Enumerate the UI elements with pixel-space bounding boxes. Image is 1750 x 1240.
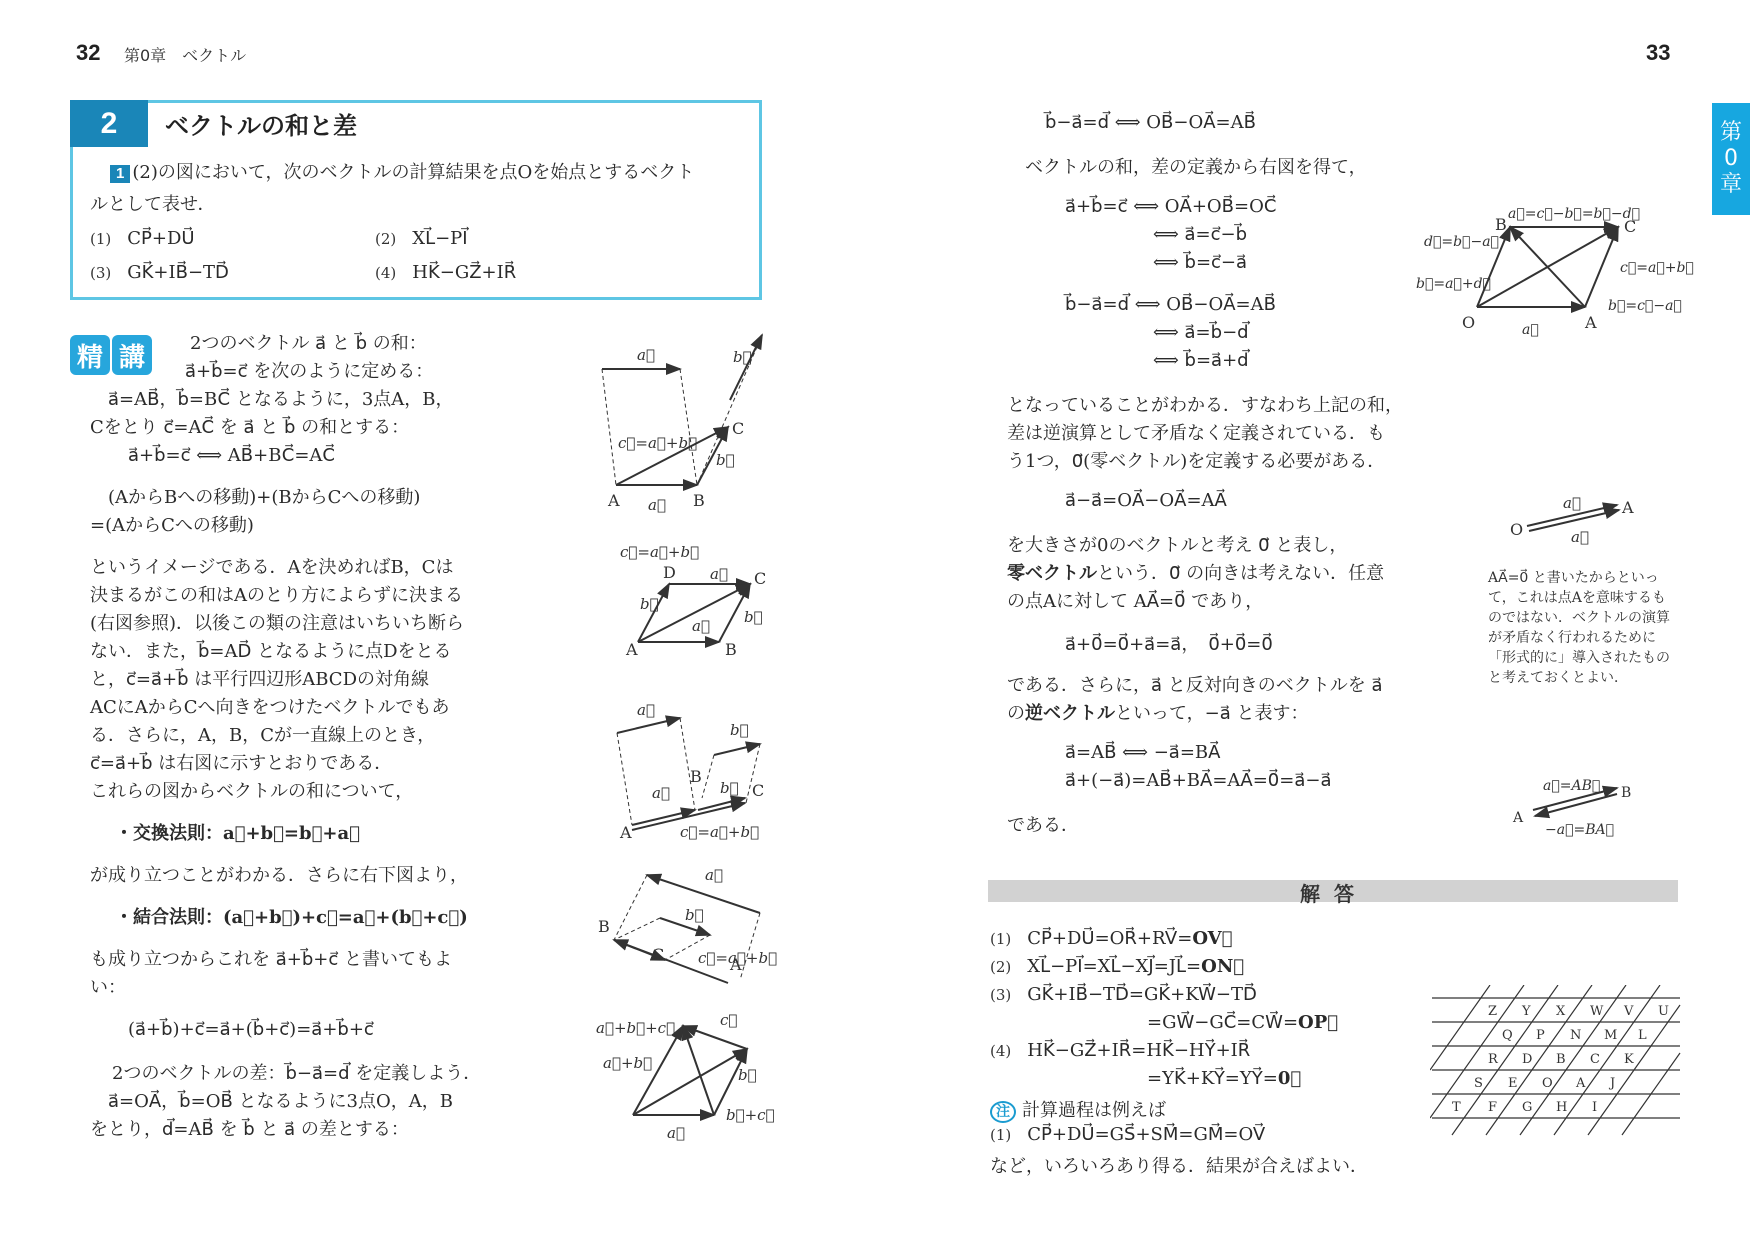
svg-text:c⃗=a⃗+b⃗: c⃗=a⃗+b⃗	[680, 823, 759, 841]
svg-text:K: K	[1624, 1052, 1634, 1067]
svg-text:B: B	[725, 640, 737, 659]
body-line: 零ベクトルという．0⃗ の向きは考えない．任意	[1007, 560, 1384, 588]
svg-text:X: X	[1556, 1004, 1566, 1019]
svg-text:a⃗: a⃗	[667, 1124, 685, 1142]
svg-text:O: O	[1510, 520, 1523, 539]
svg-text:C: C	[732, 419, 744, 438]
answer-line-2: (2)XL⃗−PI⃗=XL⃗−XJ⃗=JL⃗=ON⃗	[990, 956, 1244, 977]
svg-text:D: D	[1522, 1052, 1532, 1067]
note-line-1: 注計算過程は例えば	[990, 1096, 1166, 1123]
svg-text:Y: Y	[1521, 1004, 1531, 1019]
svg-text:c⃗=a⃗+b⃗: c⃗=a⃗+b⃗	[1620, 260, 1694, 276]
inverse-vector-figure: a⃗=AB⃗ B A −a⃗=BA⃗	[1505, 770, 1665, 840]
body-line: というイメージである．Aを決めればB，Cは	[90, 554, 453, 582]
svg-text:A: A	[1575, 1076, 1586, 1091]
body-line: う1つ，0⃗(零ベクトル)を定義する必要がある．	[1007, 448, 1385, 476]
svg-text:b⃗: b⃗	[720, 779, 739, 797]
svg-text:W: W	[1590, 1004, 1604, 1019]
equation: a⃗+b⃗=c⃗ ⟺ AB⃗+BC⃗=AC⃗	[128, 442, 335, 470]
equation: ⟺ b⃗=a⃗+d⃗	[1153, 350, 1249, 371]
svg-text:S: S	[1474, 1076, 1483, 1091]
body-line: c⃗=a⃗+b⃗ は右図に示すとおりである．	[90, 750, 392, 778]
svg-text:C: C	[752, 781, 764, 800]
svg-text:a⃗: a⃗	[637, 701, 655, 719]
seikou-badge: 精 講	[70, 335, 152, 375]
svg-text:J: J	[1608, 1076, 1615, 1091]
svg-text:a⃗: a⃗	[1571, 528, 1589, 546]
svg-text:a⃗: a⃗	[1563, 494, 1581, 512]
body-line: を大きさが0のベクトルと考え 0⃗ と表し，	[1007, 532, 1347, 560]
equation: ⟺ b⃗=c⃗−a⃗	[1153, 252, 1247, 273]
note-line-3: など，いろいろあり得る．結果が合えばよい．	[990, 1152, 1368, 1178]
body-line: が成り立つことがわかる．さらに右下図より，	[90, 862, 468, 890]
svg-text:a⃗: a⃗	[652, 784, 670, 802]
body-line: も成り立つからこれを a⃗+b⃗+c⃗ と書いてもよ	[90, 946, 452, 974]
svg-text:M: M	[1604, 1028, 1617, 1043]
note-icon: 注	[990, 1101, 1016, 1123]
body-line: である．	[1007, 812, 1079, 840]
problem-text-line1: 1(2)の図において，次のベクトルの計算結果を点Oを始点とするベクト	[110, 158, 694, 188]
body-line: a⃗=AB⃗，b⃗=BC⃗ となるように，3点A，B，	[108, 386, 454, 414]
svg-text:b⃗: b⃗	[733, 348, 752, 366]
answer-title: 解答	[1300, 878, 1368, 907]
note-line-2: (1)CP⃗+DU⃗=GS⃗+SM⃗=GM⃗=OV⃗	[990, 1124, 1265, 1145]
svg-text:O: O	[1462, 313, 1475, 332]
equation: b⃗−a⃗=d⃗ ⟺ OB⃗−OA⃗=AB⃗	[1045, 112, 1256, 133]
svg-text:C: C	[754, 569, 766, 588]
svg-text:N: N	[1570, 1028, 1581, 1043]
zero-vector-figure: a⃗ a⃗ A O	[1505, 490, 1665, 550]
term-inverse-vector: 逆ベクトル	[1025, 703, 1115, 724]
svg-text:T: T	[1452, 1100, 1461, 1115]
problem-item-4: (4)HK⃗−GZ⃗+IR⃗	[375, 262, 516, 283]
page-number-left: 32	[76, 40, 100, 66]
side-note: AA⃗=0⃗ と書いたからといっ て，これは点Aを意味するも のではない．ベクト…	[1488, 568, 1670, 688]
svg-text:b⃗: b⃗	[716, 451, 735, 469]
body-line: る．さらに，A，B，Cが一直線上のとき，	[90, 722, 435, 750]
svg-text:A: A	[1584, 313, 1597, 332]
running-head: 第0章 ベクトル	[124, 43, 246, 66]
svg-text:L: L	[1638, 1028, 1647, 1043]
svg-text:A: A	[729, 955, 742, 974]
body-line: の点Aに対して AA⃗=0⃗ であり，	[1007, 588, 1263, 616]
equation: b⃗−a⃗=d⃗ ⟺ OB⃗−OA⃗=AB⃗	[1065, 294, 1276, 315]
body-line: の逆ベクトルといって，−a⃗ と表す：	[1007, 700, 1308, 728]
svg-text:d⃗=b⃗−a⃗: d⃗=b⃗−a⃗	[1424, 234, 1499, 250]
page-number-right: 33	[1646, 40, 1670, 66]
section-number: 2	[70, 100, 148, 147]
svg-text:a⃗: a⃗	[705, 866, 723, 884]
svg-text:a⃗: a⃗	[1522, 322, 1539, 338]
svg-text:C: C	[652, 945, 664, 964]
body-line: となっていることがわかる．すなわち上記の和，	[1007, 392, 1403, 420]
svg-text:I: I	[1592, 1100, 1597, 1115]
problem-item-1: (1)CP⃗+DU⃗	[90, 228, 195, 249]
body-line: 決まるがこの和はAのとり方によらずに決まる	[90, 582, 463, 610]
svg-text:R: R	[1488, 1052, 1499, 1067]
seikou-char-1: 精	[70, 335, 110, 375]
svg-text:D: D	[663, 563, 676, 582]
svg-text:B: B	[690, 767, 702, 786]
equation: a⃗+b⃗=c⃗ ⟺ OA⃗+OB⃗=OC⃗	[1065, 196, 1276, 217]
term-zero-vector: 零ベクトル	[1007, 563, 1097, 584]
svg-text:a⃗: a⃗	[648, 496, 666, 514]
svg-text:B: B	[1495, 215, 1507, 234]
answer-line-3b: =GW⃗−GC⃗=CW⃗=OP⃗	[1147, 1012, 1338, 1033]
svg-text:P: P	[1536, 1028, 1545, 1043]
svg-text:Q: Q	[1502, 1028, 1513, 1043]
svg-text:b⃗=a⃗+d⃗: b⃗=a⃗+d⃗	[1416, 276, 1491, 292]
svg-text:b⃗=c⃗−a⃗: b⃗=c⃗−a⃗	[1608, 298, 1682, 314]
svg-text:c⃗=a⃗+b⃗: c⃗=a⃗+b⃗	[620, 543, 699, 561]
svg-text:b⃗: b⃗	[738, 1066, 757, 1084]
seikou-char-2: 講	[112, 335, 152, 375]
svg-text:C: C	[1624, 217, 1636, 236]
vector-sum-figures: a⃗ b⃗ c⃗=a⃗+b⃗ b⃗ a⃗ c⃗=a⃗+b⃗ a⃗ b⃗ b⃗ a…	[580, 320, 780, 1150]
svg-text:−a⃗=BA⃗: −a⃗=BA⃗	[1545, 822, 1614, 838]
body-line: 差は逆演算として矛盾なく定義されている．も	[1007, 420, 1385, 448]
equation: a⃗+0⃗=0⃗+a⃗=a⃗， 0⃗+0⃗=0⃗	[1065, 630, 1273, 656]
equation: (a⃗+b⃗)+c⃗=a⃗+(b⃗+c⃗)=a⃗+b⃗+c⃗	[128, 1016, 374, 1044]
svg-text:Z: Z	[1488, 1004, 1497, 1019]
svg-text:b⃗: b⃗	[685, 906, 704, 924]
svg-text:B: B	[1621, 785, 1631, 801]
svg-text:a⃗+b⃗+c⃗: a⃗+b⃗+c⃗	[596, 1019, 675, 1037]
svg-text:c⃗: c⃗	[720, 1011, 737, 1029]
svg-text:V: V	[1623, 1004, 1634, 1019]
svg-text:a⃗=AB⃗: a⃗=AB⃗	[1543, 778, 1600, 794]
problem-item-3: (3)GK⃗+IB⃗−TD⃗	[90, 262, 229, 283]
law-commutative: ・交換法則：a⃗+b⃗=b⃗+a⃗	[115, 820, 360, 848]
equation: a⃗=AB⃗ ⟺ −a⃗=BA⃗	[1065, 742, 1220, 763]
answer-line-4: (4)HK⃗−GZ⃗+IR⃗=HK⃗−HY⃗+IR⃗	[990, 1040, 1250, 1061]
grid-letters: ZYXWVU QPNML RDBCK SEOAJ TFGHI	[1452, 1004, 1669, 1115]
svg-text:a⃗=c⃗−b⃗=b⃗−d⃗: a⃗=c⃗−b⃗=b⃗−d⃗	[1508, 206, 1640, 222]
svg-text:A: A	[1512, 810, 1524, 826]
body-line: ACにAからCへ向きをつけたベクトルでもあ	[90, 694, 450, 722]
body-line: これらの図からベクトルの和について，	[90, 778, 413, 806]
law-associative: ・結合法則：(a⃗+b⃗)+c⃗=a⃗+(b⃗+c⃗)	[115, 904, 468, 932]
svg-text:A: A	[619, 823, 632, 842]
svg-text:U: U	[1658, 1004, 1669, 1019]
svg-text:b⃗: b⃗	[744, 608, 763, 626]
body-line: をとり，d⃗=AB⃗ を b⃗ と a⃗ の差とする：	[90, 1116, 409, 1144]
svg-text:a⃗+b⃗: a⃗+b⃗	[603, 1054, 652, 1072]
answer-line-1: (1)CP⃗+DU⃗=OR⃗+RV⃗=OV⃗	[990, 928, 1232, 949]
svg-text:b⃗: b⃗	[730, 721, 749, 739]
svg-text:A: A	[625, 640, 638, 659]
equation: ⟺ a⃗=c⃗−b⃗	[1153, 224, 1247, 245]
svg-text:b⃗+c⃗: b⃗+c⃗	[726, 1106, 775, 1124]
problem-text-line2: ルとして表せ．	[90, 190, 215, 220]
answer-line-4b: =YK⃗+KY⃗=YY⃗=0⃗	[1147, 1068, 1301, 1089]
chapter-tab[interactable]: 第 0 章	[1712, 103, 1750, 215]
body-line: い：	[90, 974, 126, 1002]
answer-line-3: (3)GK⃗+IB⃗−TD⃗=GK⃗+KW⃗−TD⃗	[990, 984, 1257, 1005]
problem-badge: 1	[110, 165, 130, 183]
svg-text:G: G	[1522, 1100, 1532, 1115]
svg-text:E: E	[1508, 1076, 1518, 1091]
svg-text:b⃗: b⃗	[640, 595, 659, 613]
svg-text:C: C	[1590, 1052, 1600, 1067]
svg-text:A: A	[1621, 498, 1634, 517]
body-line: a⃗=OA⃗，b⃗=OB⃗ となるように3点O，A，B	[108, 1088, 453, 1116]
body-line: ない．また，b⃗=AD⃗ となるように点Dをとる	[90, 638, 452, 666]
svg-text:F: F	[1488, 1100, 1497, 1115]
svg-text:B: B	[598, 917, 610, 936]
parallelogram-figure: a⃗=c⃗−b⃗=b⃗−d⃗ d⃗=b⃗−a⃗ c⃗=a⃗+b⃗ b⃗=a⃗+d…	[1400, 190, 1700, 340]
body-line: (AからBへの移動)+(BからCへの移動)	[108, 484, 420, 512]
svg-text:A: A	[607, 491, 620, 510]
svg-text:O: O	[1542, 1076, 1553, 1091]
svg-text:a⃗: a⃗	[692, 617, 710, 635]
problem-item-2: (2)XL⃗−PI⃗	[375, 228, 468, 249]
body-line: Cをとり c⃗=AC⃗ を a⃗ と b⃗ の和とする：	[90, 414, 409, 442]
body-line: ベクトルの和，差の定義から右図を得て，	[1025, 154, 1367, 182]
body-line: a⃗+b⃗=c⃗ を次のように定める：	[185, 358, 433, 386]
body-line: と，c⃗=a⃗+b⃗ は平行四辺形ABCDの対角線	[90, 666, 429, 694]
svg-text:B: B	[1556, 1052, 1566, 1067]
body-line: 2つのベクトル a⃗ と b⃗ の和：	[190, 330, 427, 358]
svg-text:B: B	[693, 491, 705, 510]
letter-grid-figure: ZYXWVU QPNML RDBCK SEOAJ TFGHI	[1430, 985, 1690, 1140]
section-title: ベクトルの和と差	[165, 106, 357, 141]
svg-text:a⃗: a⃗	[710, 565, 728, 583]
body-line: =(AからCへの移動)	[90, 512, 254, 540]
equation: a⃗−a⃗=OA⃗−OA⃗=AA⃗	[1065, 490, 1227, 511]
body-line: (右図参照)．以後この類の注意はいちいち断ら	[90, 610, 464, 638]
equation: ⟺ a⃗=b⃗−d⃗	[1153, 322, 1249, 343]
svg-text:H: H	[1556, 1100, 1567, 1115]
body-line: 2つのベクトルの差：b⃗−a⃗=d⃗ を定義しよう．	[112, 1060, 481, 1088]
svg-text:c⃗=a⃗+b⃗: c⃗=a⃗+b⃗	[618, 434, 697, 452]
body-line: である．さらに，a⃗ と反対向きのベクトルを a⃗	[1007, 672, 1383, 700]
svg-text:a⃗: a⃗	[637, 346, 655, 364]
equation: a⃗+(−a⃗)=AB⃗+BA⃗=AA⃗=0⃗=a⃗−a⃗	[1065, 770, 1331, 791]
